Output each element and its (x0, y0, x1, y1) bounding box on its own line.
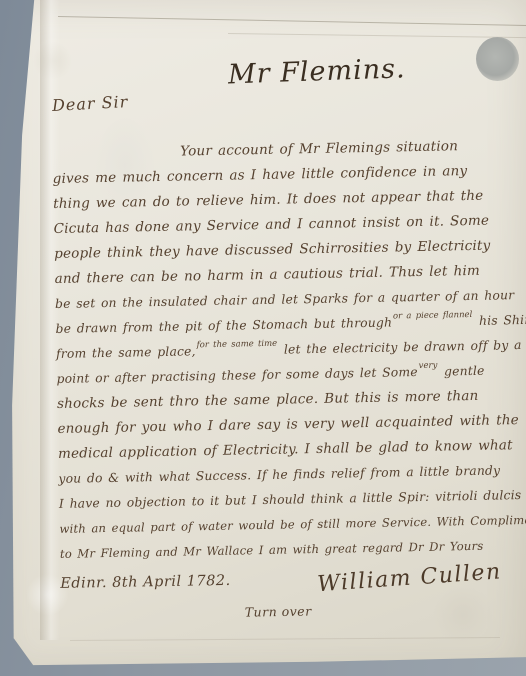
photograph-backdrop: Mr Flemins. Dear Sir Your account of Mr … (0, 0, 526, 676)
line-text: I have no objection to it but I should t… (59, 488, 522, 511)
line-text: with an equal part of water would be of … (59, 513, 526, 536)
line-text: gentle (438, 364, 484, 379)
line-text: be drawn from the pit of the Stomach but… (55, 316, 392, 336)
line-text: let the electricity be drawn off by a wo… (278, 337, 526, 357)
line-text: point or after practising these for some… (56, 365, 417, 386)
letter-body: Your account of Mr Flemings situationgiv… (52, 133, 522, 567)
line-text: his Shirt or (473, 312, 526, 328)
dateline: Edinr. 8th April 1782. (60, 573, 231, 592)
line-text: medical application of Electricity. I sh… (58, 437, 513, 462)
line-text: enough for you who I dare say is very we… (57, 412, 519, 437)
line-text: gives me much concern as I have little c… (53, 163, 468, 187)
turn-over-note: Turn over (245, 603, 312, 619)
line-text: shocks be sent thro the same place. But … (57, 388, 479, 412)
line-text: to Mr Fleming and Mr Wallace I am with g… (60, 539, 484, 561)
seal-stain (476, 37, 519, 81)
interlineation: for the same time (197, 340, 278, 350)
salutation: Dear Sir (52, 92, 129, 115)
line-text: people think they have discussed Schirro… (54, 238, 491, 262)
line-text: Your account of Mr Flemings situation (180, 138, 458, 159)
interlineation: very (419, 362, 438, 370)
line-text: be set on the insulated chair and let Sp… (55, 288, 514, 311)
line-text: you do & with what Success. If he finds … (58, 463, 500, 485)
line-text: from the same place, (56, 344, 196, 361)
line-text: thing we can do to relieve him. It does … (53, 188, 483, 212)
interlineation: or a piece flannel (393, 311, 472, 321)
line-text: and there can be no harm in a cautious t… (54, 263, 480, 287)
line-text: Cicuta has done any Service and I cannot… (54, 213, 490, 237)
